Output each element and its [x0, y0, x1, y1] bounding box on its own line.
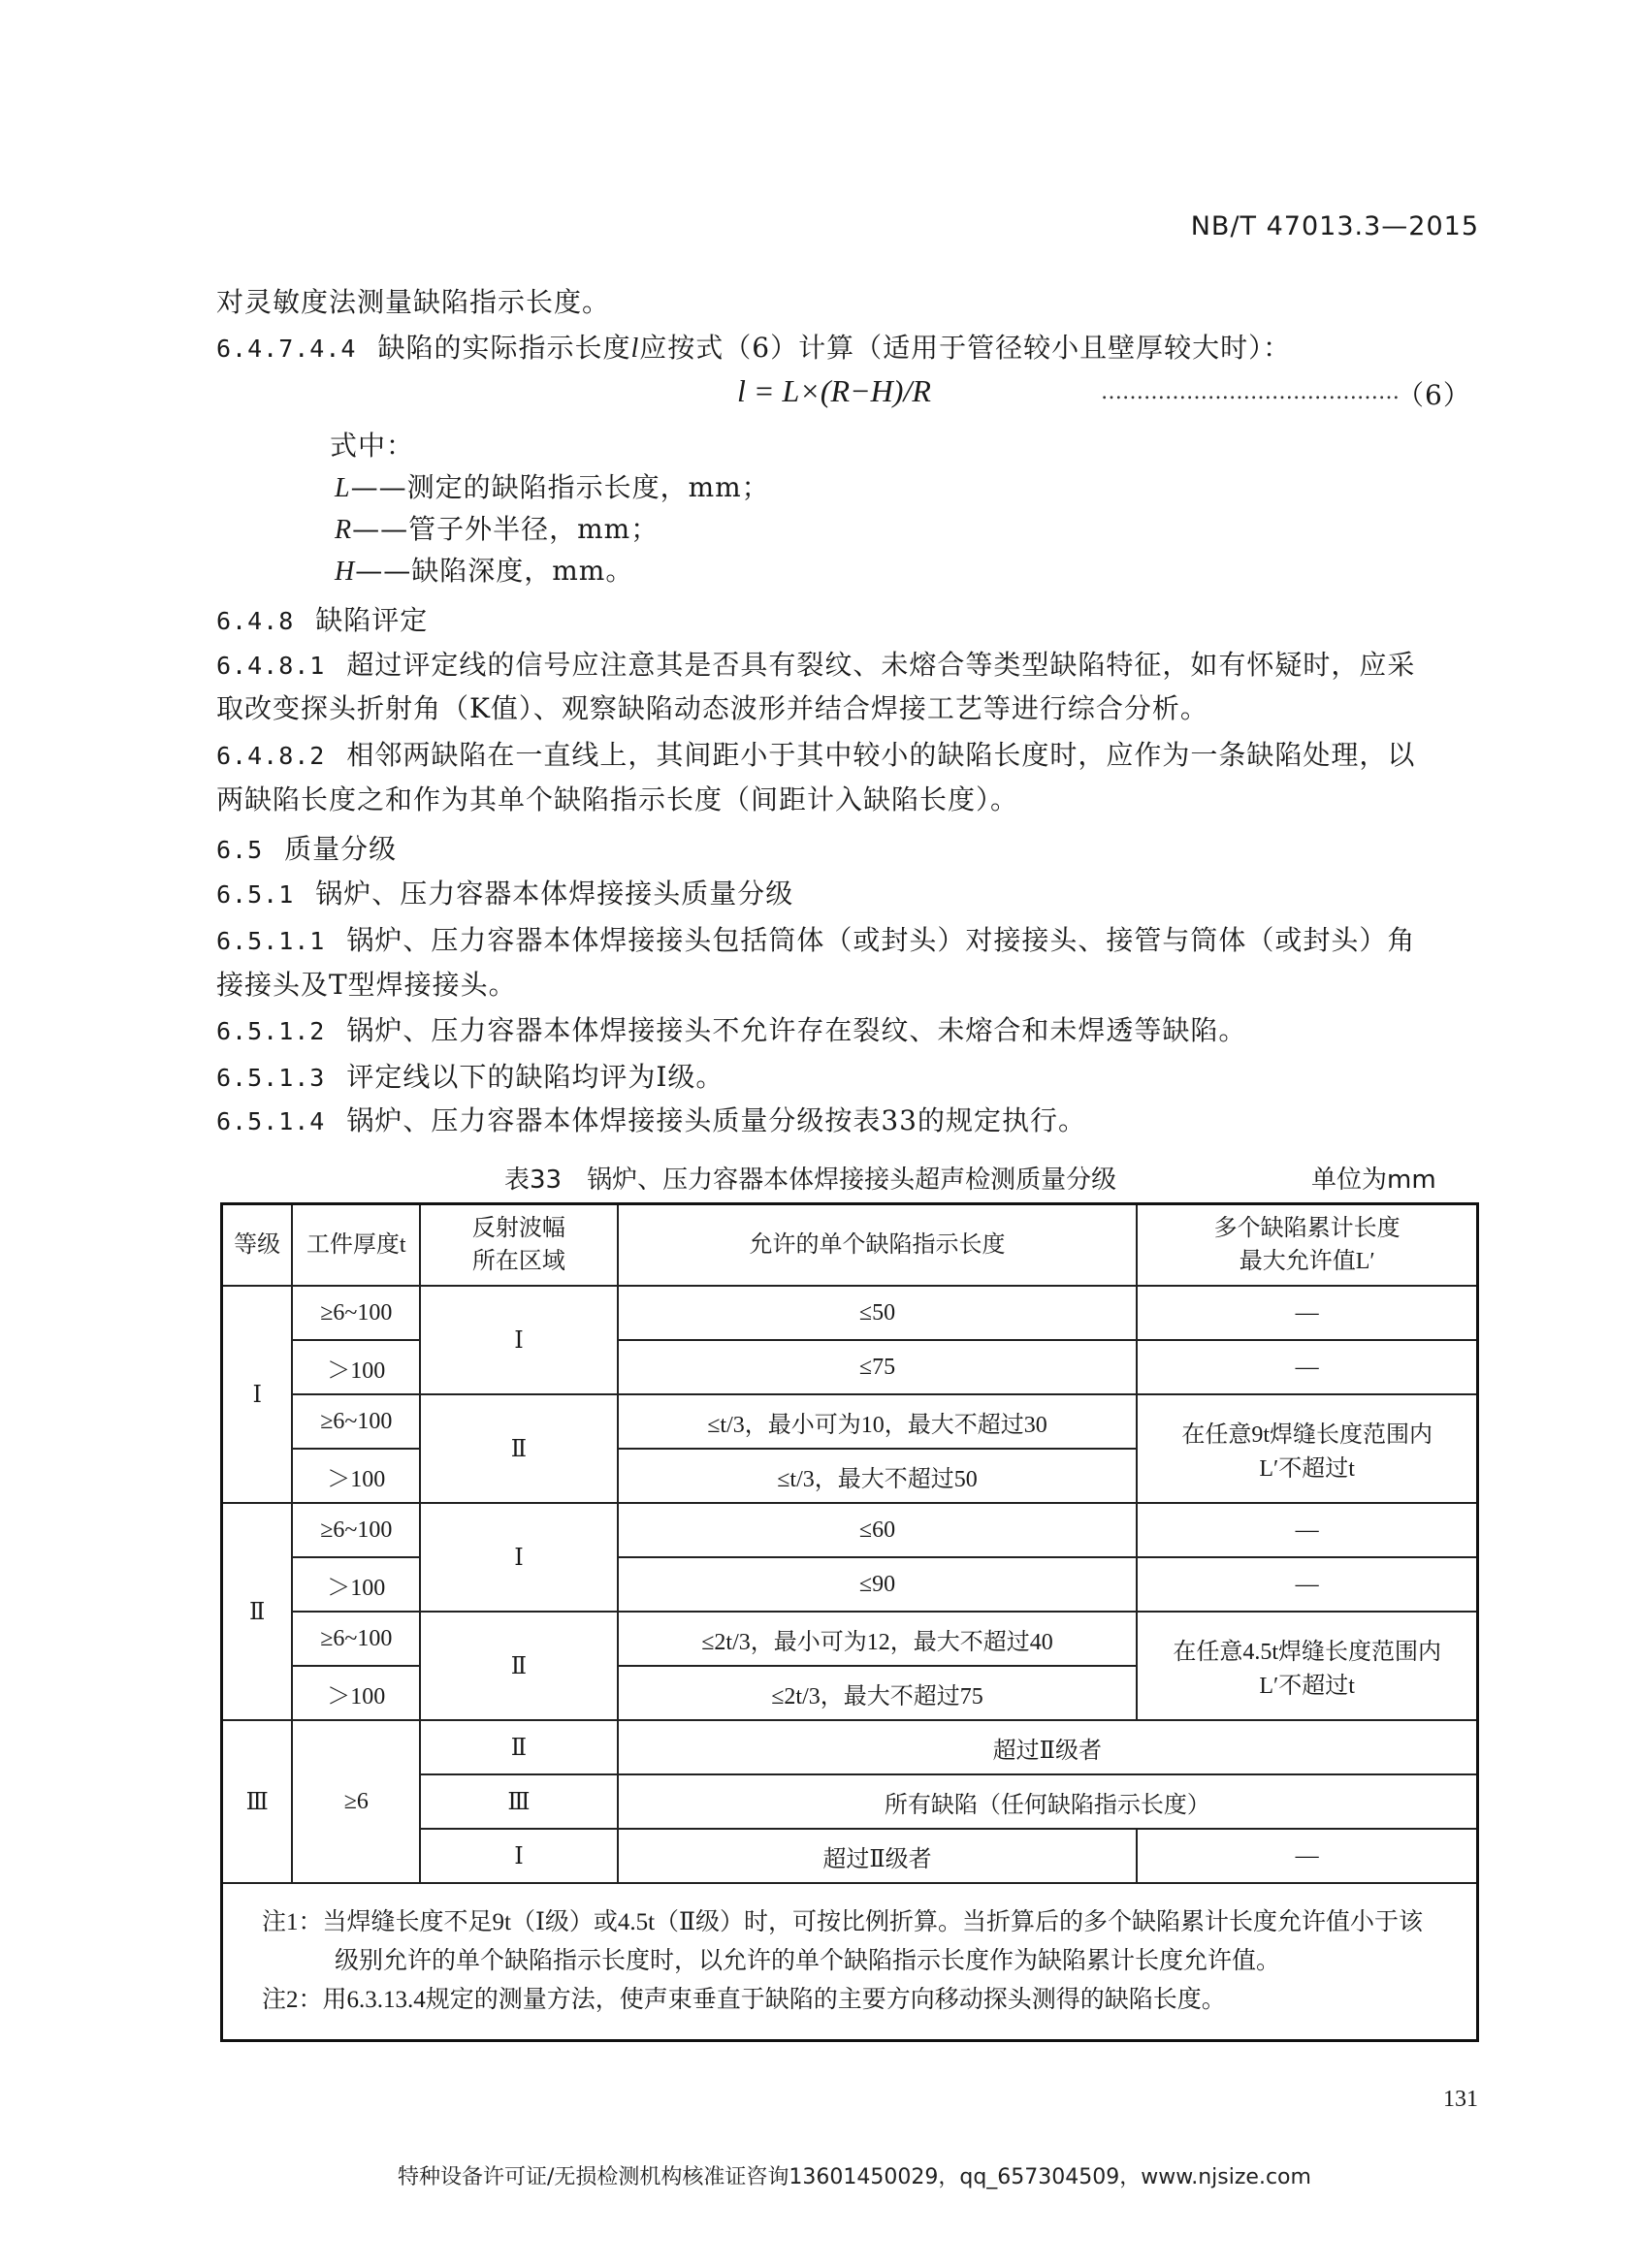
zone-cell: Ⅰ [420, 1503, 617, 1612]
single-length-cell: 超过Ⅱ级者 [618, 1829, 1138, 1883]
table-row: ＞100 ≤90 — [222, 1557, 1478, 1612]
table-row: ≥6~100 Ⅱ ≤t/3，最小可为10，最大不超过30 在任意9t焊缝长度范围… [222, 1394, 1478, 1449]
note-2: 注2：用6.3.13.4规定的测量方法，使声束垂直于缺陷的主要方向移动探头测得的… [262, 1987, 1226, 2013]
thickness-cell: ≥6~100 [292, 1612, 420, 1666]
header-single-length: 允许的单个缺陷指示长度 [618, 1204, 1138, 1287]
header-cumulative-length: 多个缺陷累计长度最大允许值L′ [1137, 1204, 1477, 1287]
heading-6-4-8: 6.4.8缺陷评定 [216, 599, 428, 638]
cumulative-cell: — [1137, 1286, 1477, 1340]
where-label: 式中： [330, 425, 414, 463]
table-notes-row: 注1：当焊缝长度不足9t（Ⅰ级）或4.5t（Ⅱ级）时，可按比例折算。当折算后的多… [222, 1883, 1478, 2041]
formula-label: （6） [1397, 374, 1471, 413]
thickness-cell: ≥6~100 [292, 1286, 420, 1340]
single-length-cell: ≤t/3，最大不超过50 [618, 1449, 1138, 1503]
zone-cell: Ⅱ [420, 1612, 617, 1720]
quality-grade-table: 等级 工件厚度t 反射波幅所在区域 允许的单个缺陷指示长度 多个缺陷累计长度最大… [220, 1202, 1479, 2042]
header-grade: 等级 [222, 1204, 293, 1287]
formula-6: l = L×(R−H)/R [737, 373, 931, 409]
thickness-cell: ＞100 [292, 1340, 420, 1394]
cumulative-cell: 在任意9t焊缝长度范围内L′不超过t [1137, 1394, 1477, 1503]
clause-text: 缺陷的实际指示长度 [377, 332, 630, 364]
zone-cell: Ⅰ [420, 1829, 617, 1883]
table-row: Ⅱ ≥6~100 Ⅰ ≤60 — [222, 1503, 1478, 1557]
clause-6-5-1-1-cont: 接接头及T型焊接接头。 [216, 964, 517, 1003]
table-title: 表33 锅炉、压力容器本体焊接接头超声检测质量分级 [504, 1160, 1116, 1196]
thickness-cell: ＞100 [292, 1666, 420, 1720]
single-length-cell: ≤90 [618, 1557, 1138, 1612]
clause-6-4-8-1-cont: 取改变探头折射角（K值）、观察缺陷动态波形并结合焊接工艺等进行综合分析。 [216, 687, 1208, 726]
table-row: ＞100 ≤75 — [222, 1340, 1478, 1394]
single-length-cell: 所有缺陷（任何缺陷指示长度） [618, 1774, 1478, 1829]
thickness-cell: ＞100 [292, 1449, 420, 1503]
note-1-cont: 级别允许的单个缺陷指示长度时，以允许的单个缺陷指示长度作为缺陷累计长度允许值。 [262, 1942, 1437, 1981]
clause-6-5-1-1: 6.5.1.1锅炉、压力容器本体焊接接头包括筒体（或封头）对接接头、接管与筒体（… [216, 919, 1415, 958]
thickness-cell: ≥6~100 [292, 1394, 420, 1449]
zone-cell: Ⅰ [420, 1286, 617, 1394]
grade-cell: Ⅰ [222, 1286, 293, 1503]
clause-6-5-1-2: 6.5.1.2锅炉、压力容器本体焊接接头不允许存在裂纹、未熔合和未焊透等缺陷。 [216, 1009, 1246, 1048]
clause-number: 6.4.7.4.4 [216, 335, 356, 363]
table-unit: 单位为mm [1311, 1160, 1436, 1196]
where-item-L: L——测定的缺陷指示长度，mm； [335, 466, 770, 505]
page-number: 131 [1443, 2087, 1478, 2113]
heading-6-5-1: 6.5.1锅炉、压力容器本体焊接接头质量分级 [216, 873, 793, 911]
grade-cell: Ⅲ [222, 1720, 293, 1883]
thickness-cell: ≥6~100 [292, 1503, 420, 1557]
single-length-cell: ≤50 [618, 1286, 1138, 1340]
single-length-cell: ≤75 [618, 1340, 1138, 1394]
zone-cell: Ⅱ [420, 1720, 617, 1774]
clause-6-5-1-4: 6.5.1.4锅炉、压力容器本体焊接接头质量分级按表33的规定执行。 [216, 1100, 1086, 1138]
thickness-cell: ＞100 [292, 1557, 420, 1612]
cumulative-cell: — [1137, 1829, 1477, 1883]
table-row: Ⅰ ≥6~100 Ⅰ ≤50 — [222, 1286, 1478, 1340]
single-length-cell: ≤60 [618, 1503, 1138, 1557]
zone-cell: Ⅲ [420, 1774, 617, 1829]
paragraph-continuation: 对灵敏度法测量缺陷指示长度。 [216, 281, 610, 320]
single-length-cell: ≤t/3，最小可为10，最大不超过30 [618, 1394, 1138, 1449]
single-length-cell: 超过Ⅱ级者 [618, 1720, 1478, 1774]
heading-6-5: 6.5质量分级 [216, 828, 397, 867]
table-row: Ⅲ ≥6 Ⅱ 超过Ⅱ级者 [222, 1720, 1478, 1774]
table-notes: 注1：当焊缝长度不足9t（Ⅰ级）或4.5t（Ⅱ级）时，可按比例折算。当折算后的多… [222, 1883, 1478, 2041]
note-1: 注1：当焊缝长度不足9t（Ⅰ级）或4.5t（Ⅱ级）时，可按比例折算。当折算后的多… [262, 1909, 1423, 1935]
clause-6-4-8-2-cont: 两缺陷长度之和作为其单个缺陷指示长度（间距计入缺陷长度）。 [216, 779, 1018, 817]
cumulative-cell: 在任意4.5t焊缝长度范围内L′不超过t [1137, 1612, 1477, 1720]
cumulative-cell: — [1137, 1503, 1477, 1557]
zone-cell: Ⅱ [420, 1394, 617, 1503]
formula-dots: …………………………………… [1101, 380, 1400, 404]
table-row: ≥6~100 Ⅱ ≤2t/3，最小可为12，最大不超过40 在任意4.5t焊缝长… [222, 1612, 1478, 1666]
cumulative-cell: — [1137, 1557, 1477, 1612]
table-header-row: 等级 工件厚度t 反射波幅所在区域 允许的单个缺陷指示长度 多个缺陷累计长度最大… [222, 1204, 1478, 1287]
header-thickness: 工件厚度t [292, 1204, 420, 1287]
header-zone: 反射波幅所在区域 [420, 1204, 617, 1287]
variable-l: l [630, 334, 639, 364]
clause-6-5-1-3: 6.5.1.3评定线以下的缺陷均评为Ⅰ级。 [216, 1056, 724, 1095]
standard-code: NB/T 47013.3—2015 [1191, 211, 1479, 241]
cumulative-cell: — [1137, 1340, 1477, 1394]
footer-watermark: 特种设备许可证/无损检测机构核准证咨询13601450029，qq_657304… [398, 2160, 1311, 2190]
single-length-cell: ≤2t/3，最大不超过75 [618, 1666, 1138, 1720]
clause-6-4-7-4-4: 6.4.7.4.4缺陷的实际指示长度l应按式（6）计算（适用于管径较小且壁厚较大… [216, 327, 1291, 366]
thickness-cell: ≥6 [292, 1720, 420, 1883]
clause-6-4-8-1: 6.4.8.1超过评定线的信号应注意其是否具有裂纹、未熔合等类型缺陷特征，如有怀… [216, 644, 1415, 683]
where-item-H: H——缺陷深度，mm。 [335, 550, 633, 589]
where-item-R: R——管子外半径，mm； [335, 508, 659, 547]
grade-cell: Ⅱ [222, 1503, 293, 1720]
single-length-cell: ≤2t/3，最小可为12，最大不超过40 [618, 1612, 1138, 1666]
clause-6-4-8-2: 6.4.8.2相邻两缺陷在一直线上，其间距小于其中较小的缺陷长度时，应作为一条缺… [216, 734, 1415, 773]
clause-text: 应按式（6）计算（适用于管径较小且壁厚较大时）： [639, 332, 1291, 364]
